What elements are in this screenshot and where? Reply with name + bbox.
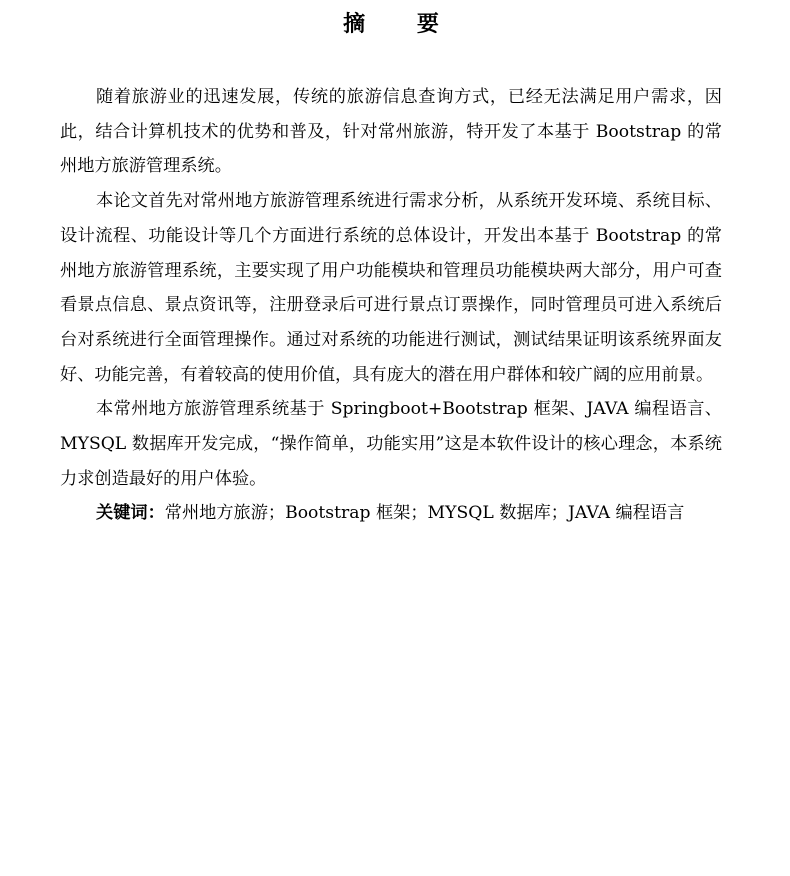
keywords-text: 常州地方旅游；Bootstrap 框架；MYSQL 数据库；JAVA 编程语言 bbox=[165, 503, 685, 523]
abstract-paragraph-1: 随着旅游业的迅速发展，传统的旅游信息查询方式，已经无法满足用户需求，因此，结合计… bbox=[60, 80, 722, 184]
abstract-paragraph-3: 本常州地方旅游管理系统基于 Springboot+Bootstrap 框架、JA… bbox=[60, 392, 722, 496]
abstract-body: 随着旅游业的迅速发展，传统的旅游信息查询方式，已经无法满足用户需求，因此，结合计… bbox=[60, 80, 722, 531]
abstract-paragraph-2: 本论文首先对常州地方旅游管理系统进行需求分析，从系统开发环境、系统目标、设计流程… bbox=[60, 184, 722, 392]
keywords-line: 关键词：常州地方旅游；Bootstrap 框架；MYSQL 数据库；JAVA 编… bbox=[60, 496, 722, 531]
abstract-title: 摘 要 bbox=[60, 10, 722, 40]
keywords-label: 关键词： bbox=[96, 503, 165, 523]
